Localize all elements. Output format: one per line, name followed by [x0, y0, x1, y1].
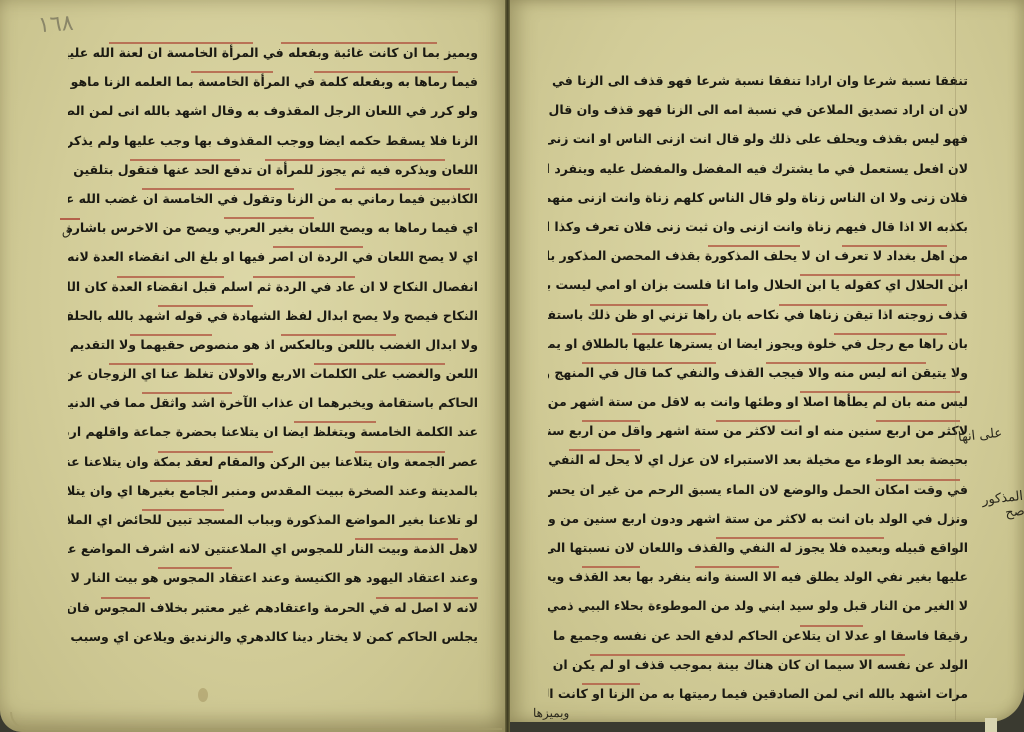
rubric-overline — [800, 391, 960, 393]
rubric-overline — [281, 334, 396, 336]
manuscript-line: عند الكلمة الخامسة ويتغلظ ايضا ان يتلاعن… — [68, 417, 478, 446]
manuscript-line: عصر الجمعة وان يتلاعنا بين الركن والمقام… — [68, 447, 478, 476]
rubric-overline — [253, 276, 356, 278]
rubric-overline — [109, 363, 253, 365]
rubric-overline — [695, 566, 779, 568]
rubric-overline — [590, 304, 708, 306]
rubric-overline — [716, 537, 884, 539]
book-support — [985, 718, 997, 732]
manuscript-line: بالمدينة وعند الصخرة ببيت المقدس ومنبر ا… — [68, 476, 478, 505]
manuscript-line: عليها بغير نفي الولد يطلق فيه الا السنة … — [548, 562, 968, 591]
rubric-overline — [101, 597, 150, 599]
manuscript-line: ولو كرر في اللعان الرجل المقذوف به وقال … — [68, 96, 478, 125]
catchword: وبميزها — [533, 706, 569, 720]
rubric-overline — [158, 305, 252, 307]
manuscript-line: اللعن والغضب على الكلمات الاربع والاولان… — [68, 359, 478, 388]
rubric-overline — [355, 451, 445, 453]
rubric-overline — [800, 625, 863, 627]
rubric-overline — [716, 420, 800, 422]
manuscript-line: ولا ابدال الغضب باللعن وبالعكس اذ هو منص… — [68, 330, 478, 359]
manuscript-line: من اهل بغداد لا تعرف ان لا يحلف المذكورة… — [548, 241, 968, 270]
rubric-overline — [117, 276, 224, 278]
rubric-overline — [130, 334, 212, 336]
rubric-overline — [130, 159, 241, 161]
manuscript-line: لان افعل يستعمل في ما يشترك فيه المفضل و… — [548, 154, 968, 183]
left-page: ١٦٨ ق ويميز بما ان كانت غائبة وبفعله في … — [0, 0, 508, 732]
manuscript-line: مرات اشهد بالله اني لمن الصادقين فيما رم… — [548, 679, 968, 708]
manuscript-line: ويميز بما ان كانت غائبة وبفعله في المرأة… — [68, 38, 478, 67]
rubric-overline — [265, 159, 445, 161]
manuscript-line: ونزل في الولد بان انت به لاكثر من ستة اش… — [548, 504, 968, 533]
manuscript-photo: ١٦٨ ق ويميز بما ان كانت غائبة وبفعله في … — [0, 0, 1024, 732]
manuscript-line: في وقت امكان الحمل والوضع لان الماء يسبق… — [548, 475, 968, 504]
rubric-overline — [779, 304, 947, 306]
manuscript-line: اي لا يصح اللعان في الردة ان اصر فيها او… — [68, 242, 478, 271]
rubric-overline — [766, 362, 926, 364]
rubric-overline — [142, 188, 294, 190]
manuscript-line: الولد عن نفسه الا سيما ان كان هناك بينة … — [548, 650, 968, 679]
manuscript-line: بان راها مع رجل في خلوة ويجوز ايضا ان يس… — [548, 329, 968, 358]
right-text-block: تنفقا نسبة شرعا وان ارادا تنفقا نسبة شرع… — [548, 66, 968, 708]
manuscript-line: الزنا فلا يسقط حكمه ايضا ووجب المقذوف به… — [68, 126, 478, 155]
rubric-overline — [142, 509, 224, 511]
manuscript-line: رقيقا فاسقا او عدلا ان يتلاعن الحاكم لدف… — [548, 621, 968, 650]
manuscript-line: اللعان ويذكره فيه ثم يجوز للمرأة ان تدفع… — [68, 155, 478, 184]
rubric-overline — [834, 333, 947, 335]
rubric-overline — [582, 420, 641, 422]
manuscript-line: تنفقا نسبة شرعا وان ارادا تنفقا نسبة شرع… — [548, 66, 968, 95]
manuscript-line: ليس منه بان لم يطأها اصلا او وطئها وانت … — [548, 387, 968, 416]
rubric-overline — [876, 479, 960, 481]
rubric-overline — [294, 421, 376, 423]
manuscript-line: لو تلاعنا بغير المواضع المذكورة وبباب ال… — [68, 505, 478, 534]
manuscript-line: ولا يتيقن انه ليس منه والا فيجب القذف وا… — [548, 358, 968, 387]
rubric-overline — [708, 245, 800, 247]
manuscript-line: النكاح فيصح ولا يصح ابدال لفظ الشهادة في… — [68, 301, 478, 330]
manuscript-line: يجلس الحاكم كمن لا يختار دينا كالدهري وا… — [68, 622, 478, 651]
rubric-overline — [569, 449, 640, 451]
manuscript-line: الواقع قبيله وبعيده فلا يجوز له النفي وا… — [548, 533, 968, 562]
manuscript-line: لانه لا اصل له في الحرمة واعتقادهم غير م… — [68, 593, 478, 622]
rubric-overline — [158, 451, 273, 453]
manuscript-line: قذف زوجته اذا تيقن زناها في نكاحه بان را… — [548, 300, 968, 329]
book-gutter — [505, 0, 510, 732]
page-fold — [955, 0, 956, 720]
rubric-overline — [158, 567, 232, 569]
rubric-overline — [376, 597, 479, 599]
manuscript-line: انفصال النكاح لا ان عاد في الردة ثم اسلم… — [68, 272, 478, 301]
rubric-overline — [335, 188, 470, 190]
page-edges — [10, 712, 502, 730]
manuscript-line: ابن الحلال اي كقوله يا ابن الحلال واما ا… — [548, 270, 968, 299]
rubric-overline — [582, 362, 716, 364]
rubric-overline — [800, 274, 960, 276]
right-page: تنفقا نسبة شرعا وان ارادا تنفقا نسبة شرع… — [508, 0, 1024, 722]
rubric-overline — [582, 566, 641, 568]
manuscript-line: الحاكم باستقامة ويخبرهما ان عذاب الآخرة … — [68, 388, 478, 417]
manuscript-line: وعند اعتقاد اليهود هو الكنيسة وعند اعتقا… — [68, 563, 478, 592]
left-text-block: ويميز بما ان كانت غائبة وبفعله في المرأة… — [68, 38, 478, 651]
manuscript-line: لاهل الذمة وبيت النار للمجوس اي الملاعنت… — [68, 534, 478, 563]
manuscript-line: بحيضة بعد الوطء مع مخيلة بعد الاستبراء ل… — [548, 445, 968, 474]
rubric-overline — [632, 333, 716, 335]
folio-number: ١٦٨ — [37, 11, 74, 38]
rubric-overline — [582, 683, 641, 685]
rubric-overline — [314, 71, 458, 73]
manuscript-line: اي فيما رماها به ويصح اللعان بغير العربي… — [68, 213, 478, 242]
rubric-overline — [150, 480, 212, 482]
rubric-overline — [876, 420, 960, 422]
rubric-overline — [191, 71, 273, 73]
right-margin-note-2: المذكور صح — [961, 489, 1024, 525]
manuscript-line: فلان زنى ولا ان الناس زناة ولو قال الناس… — [548, 183, 968, 212]
manuscript-line: بكذبه الا اذا قال فيهم زناة وانت ازنى وا… — [548, 212, 968, 241]
rubric-overline — [142, 392, 232, 394]
manuscript-line: لان ان اراد تصديق الملاعن في نسبة امه ال… — [548, 95, 968, 124]
manuscript-line: لاكثر من اربع سنين منه او انت لاكثر من س… — [548, 416, 968, 445]
rubric-overline — [273, 246, 363, 248]
manuscript-line: لا الغير من النار قبل ولو سيد ابني ولد م… — [548, 591, 968, 620]
manuscript-line: فهو ليس بقذف ويحلف على ذلك ولو قال انت ا… — [548, 124, 968, 153]
rubric-overline — [314, 363, 445, 365]
ink-stain — [198, 688, 208, 702]
rubric-overline — [590, 654, 905, 656]
rubric-overline — [109, 42, 253, 44]
manuscript-line: فيما رماها به وبفعله كلمة في المرأة الخا… — [68, 67, 478, 96]
rubric-overline — [224, 217, 314, 219]
rubric-overline — [355, 538, 458, 540]
rubric-overline — [842, 245, 947, 247]
manuscript-line: الكاذبين فيما رماني به من الزنا وتقول في… — [68, 184, 478, 213]
rubric-overline — [281, 42, 437, 44]
